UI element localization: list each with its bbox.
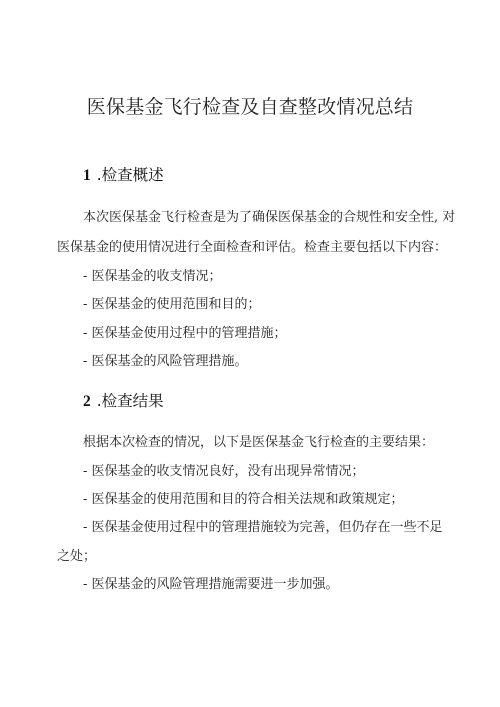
list-item: - 医保基金的使用范围和目的符合相关法规和政策规定； [83,488,404,507]
list-item: - 医保基金的收支情况； [83,265,222,284]
paragraph-line: 根据本次检查的情况，以下是医保基金飞行检查的主要结果： [83,431,434,450]
section-2-heading: 2.检查结果 [83,389,164,411]
paragraph-line: 本次医保基金飞行检查是为了确保医保基金的合规性和安全性, 对 [83,206,455,225]
document-title: 医保基金飞行检查及自查整改情况总结 [0,92,500,119]
list-item: - 医保基金的风险管理措施需要进一步加强。 [83,573,339,592]
section-number: 1 [83,167,91,184]
section-number: 2 [83,393,91,410]
list-item: - 医保基金的风险管理措施。 [83,350,248,369]
list-item: - 医保基金使用过程中的管理措施； [83,322,287,341]
section-1-heading: 1.检查概述 [83,163,164,185]
document-page: 医保基金飞行检查及自查整改情况总结 1.检查概述 本次医保基金飞行检查是为了确保… [0,0,500,707]
section-title: .检查结果 [97,392,164,410]
section-title: .检查概述 [97,166,164,184]
list-item: - 医保基金的使用范围和目的； [83,293,261,312]
list-item: - 医保基金的收支情况良好，没有出现异常情况； [83,460,365,479]
list-item: - 医保基金使用过程中的管理措施较为完善，但仍存在一些不足 [83,516,443,535]
paragraph-line: 医保基金的使用情况进行全面检查和评估。检查主要包括以下内容： [57,236,447,255]
list-item-continuation: 之处； [57,545,96,564]
